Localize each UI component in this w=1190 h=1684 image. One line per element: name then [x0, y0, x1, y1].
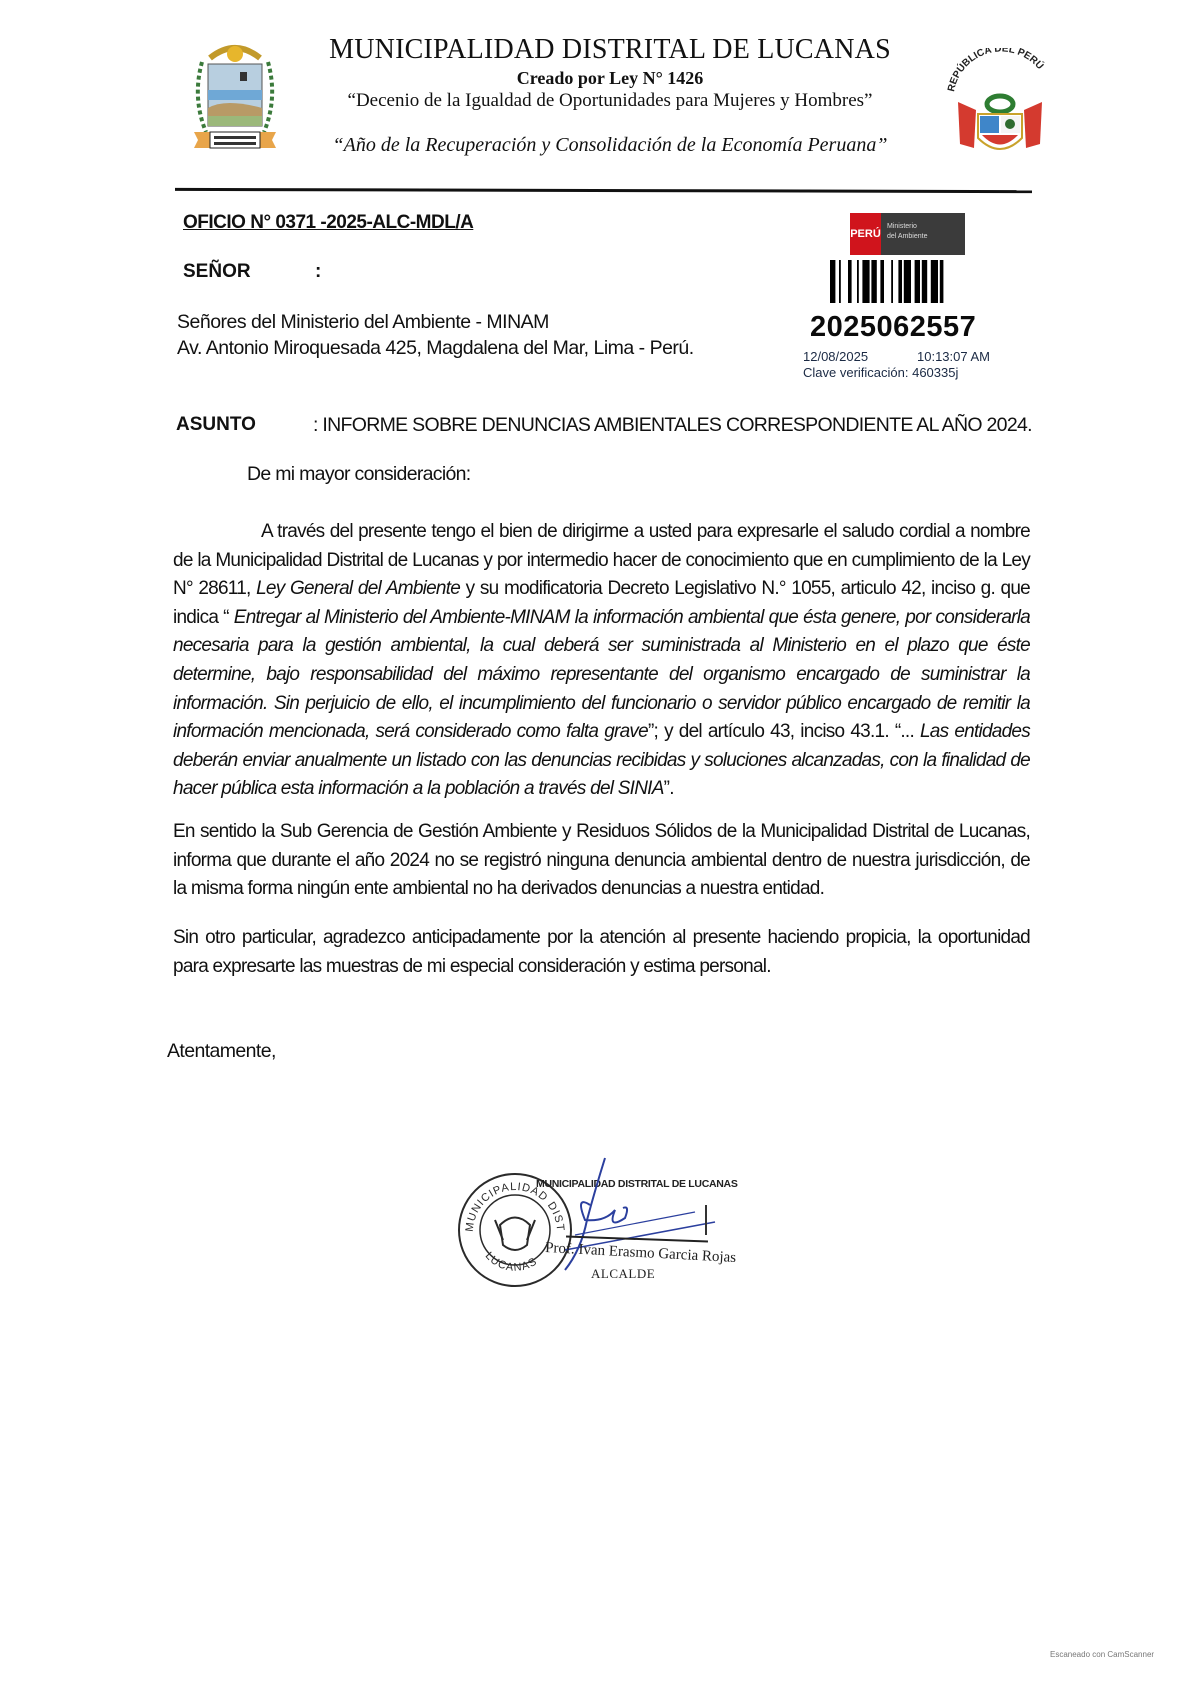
p1-text-e: ”; y del artículo 43, inciso 43.1. “...: [648, 721, 920, 742]
municipal-coat-of-arms-icon: [180, 28, 290, 158]
body-paragraph-2: En sentido la Sub Gerencia de Gestión Am…: [173, 818, 1030, 904]
minam-logo-line-2: del Ambiente: [887, 232, 965, 242]
recipient-address: Av. Antonio Miroquesada 425, Magdalena d…: [177, 337, 694, 360]
municipality-title: MUNICIPALIDAD DISTRITAL DE LUCANAS: [300, 34, 920, 66]
body-paragraph-1: A través del presente tengo el bien de d…: [173, 518, 1030, 804]
year-motto: “Año de la Recuperación y Consolidación …: [300, 134, 920, 157]
signature-mark: [705, 1205, 707, 1235]
minam-logo: PERÚ Ministerio del Ambiente: [850, 213, 965, 255]
verification-key: Clave verificación: 460335j: [803, 365, 958, 380]
body-paragraph-3: Sin otro particular, agradezco anticipad…: [173, 924, 1030, 981]
closing: Atentamente,: [167, 1040, 276, 1063]
registry-time: 10:13:07 AM: [917, 349, 990, 364]
creation-law: Creado por Ley N° 1426: [300, 68, 920, 89]
barcode-icon: [830, 260, 980, 303]
signer-role: ALCALDE: [591, 1266, 655, 1282]
recipient-line-1: Señores del Ministerio del Ambiente - MI…: [177, 311, 549, 334]
minam-logo-ministry: Ministerio del Ambiente: [881, 213, 965, 255]
minam-logo-peru: PERÚ: [850, 213, 881, 255]
oficio-number: OFICIO N° 0371 -2025-ALC-MDL/A: [183, 212, 473, 234]
registry-number: 2025062557: [810, 311, 976, 344]
registry-date: 12/08/2025: [803, 349, 868, 364]
decade-motto: “Decenio de la Igualdad de Oportunidades…: [300, 90, 920, 112]
recipient-label: SEÑOR: [183, 261, 251, 283]
scanner-watermark: Escaneado con CamScanner: [1050, 1650, 1154, 1659]
greeting: De mi mayor consideración:: [247, 463, 470, 486]
subject-label: ASUNTO: [176, 414, 256, 436]
p1-text-g: ”.: [664, 778, 674, 799]
subject-text: : INFORME SOBRE DENUNCIAS AMBIENTALES CO…: [313, 414, 1032, 437]
peru-coat-of-arms-icon: REPÚBLICA DEL PERÚ: [940, 48, 1060, 168]
header-divider: [175, 188, 1032, 193]
svg-text:REPÚBLICA DEL PERÚ: REPÚBLICA DEL PERÚ: [946, 48, 1047, 93]
recipient-colon: :: [315, 261, 321, 283]
minam-logo-line-1: Ministerio: [887, 222, 965, 232]
svg-text:LUCANAS: LUCANAS: [483, 1250, 540, 1274]
p1-law-title: Ley General del Ambiente: [256, 578, 460, 599]
